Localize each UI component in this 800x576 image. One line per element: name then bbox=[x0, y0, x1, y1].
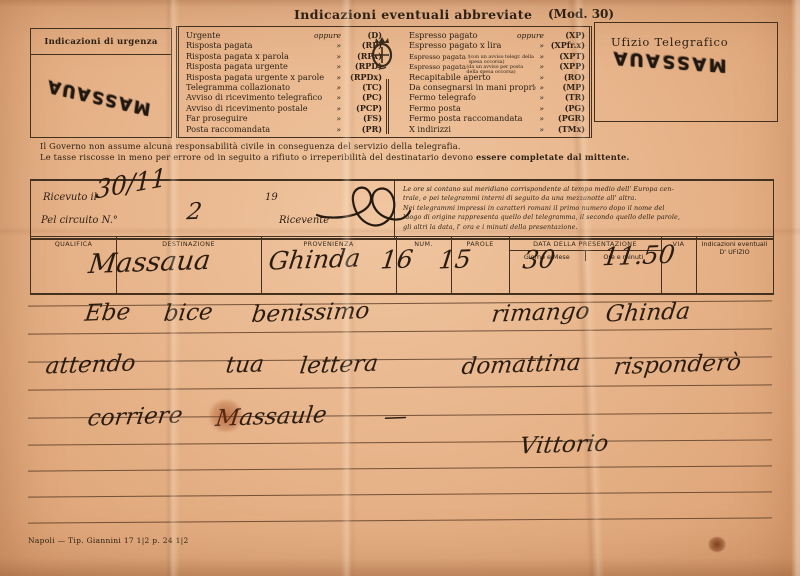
royal-crest-icon bbox=[369, 35, 395, 73]
form-model-number: (Mod. 30) bbox=[548, 7, 614, 21]
ruled-line bbox=[28, 517, 772, 523]
form-title: Indicazioni eventuali abbreviate bbox=[294, 7, 532, 22]
telegram-document-scan: Indicazioni eventuali abbreviate (Mod. 3… bbox=[0, 0, 800, 576]
urgency-box-title: Indicazioni di urgenza bbox=[37, 37, 165, 47]
divider bbox=[31, 54, 171, 55]
abbrev-row: Da consegnarsi in mani proprie»(MP) bbox=[409, 82, 585, 92]
abbrev-row: Espresso pagata telegrafo(con un avviso … bbox=[409, 51, 585, 61]
ruled-line bbox=[28, 439, 772, 445]
message-word: tua bbox=[224, 351, 265, 378]
abbrev-row: Fermo posta raccomandata»(PGR) bbox=[409, 113, 585, 123]
abbrev-row: Posta raccomandata»(PR) bbox=[186, 124, 382, 134]
massaua-postmark-stamp: MASSAUA bbox=[45, 75, 152, 119]
notice-line-1: Il Governo non assume alcuna responsabil… bbox=[40, 141, 630, 152]
sender-signature: Vittorio bbox=[518, 430, 610, 459]
telegraph-office-box: Ufizio Telegrafico MASSAUA bbox=[594, 22, 778, 122]
ruled-line bbox=[28, 328, 772, 334]
column-divider bbox=[386, 79, 389, 134]
message-word: benissimo bbox=[250, 298, 371, 328]
abbrev-row: Espresso pagatooppure(XP) bbox=[409, 30, 585, 40]
telegram-routing-table: QUALIFICA DESTINAZIONE PROVENIENZA NUM. … bbox=[30, 236, 774, 295]
abbrev-row: Risposta pagata»(RP) bbox=[186, 40, 382, 50]
abbrev-row: Risposta pagata x parola»(RPx) bbox=[186, 51, 382, 61]
abbrev-row: Risposta pagata urgente»(RPD) bbox=[186, 61, 382, 71]
message-word: attendo bbox=[44, 350, 137, 379]
abbrev-row: Fermo posta»(PG) bbox=[409, 103, 585, 113]
printer-imprint: Napoli — Tip. Giannini 17 1|2 p. 24 1|2 bbox=[28, 536, 189, 545]
handwritten-word-count: 15 bbox=[437, 244, 473, 274]
received-section: Ricevuto il 30/11 19 Pel circuito N.° 2 … bbox=[30, 179, 774, 240]
message-word: risponderò bbox=[612, 350, 743, 380]
message-word: Ghinda bbox=[604, 299, 691, 328]
message-word: domattina bbox=[460, 350, 582, 380]
urgency-indications-box: Indicazioni di urgenza MASSAUA bbox=[30, 28, 172, 138]
notice-line-2: Le tasse riscosse in meno per errore od … bbox=[40, 152, 630, 163]
abbreviations-left-column: Urgenteoppure(D) Risposta pagata»(RP) Ri… bbox=[186, 30, 382, 134]
circuit-number-label: Pel circuito N.° bbox=[41, 215, 118, 226]
abbrev-row: Avviso di ricevimento telegrafico»(PC) bbox=[186, 92, 382, 102]
receiver-signature-flourish bbox=[313, 181, 413, 235]
office-box-title: Ufizio Telegrafico bbox=[611, 35, 728, 49]
handwritten-time: 11.50 bbox=[601, 240, 677, 271]
abbrev-row: Risposta pagata urgente x parole»(RPDx) bbox=[186, 72, 382, 82]
ink-stain bbox=[208, 400, 244, 432]
abbrev-row: Telegramma collazionato»(TC) bbox=[186, 82, 382, 92]
abbrev-row: Urgenteoppure(D) bbox=[186, 30, 382, 40]
abbrev-row: Avviso di ricevimento postale»(PCP) bbox=[186, 103, 382, 113]
handwritten-origin: Ghinda bbox=[267, 243, 362, 275]
message-word: Ebe bbox=[83, 299, 132, 327]
abbrev-row: Far proseguire»(FS) bbox=[186, 113, 382, 123]
message-word: rimango bbox=[490, 298, 591, 327]
handwritten-number: 16 bbox=[379, 244, 415, 274]
ruled-line bbox=[28, 491, 772, 497]
handwritten-destination: Massaua bbox=[87, 245, 212, 280]
column-indicazioni-ufizio: Indicazioni eventualiD' UFIZIO bbox=[696, 237, 773, 293]
message-word: bice bbox=[162, 299, 214, 327]
massaua-postmark-stamp: MASSAUA bbox=[611, 47, 727, 76]
abbrev-row: Espresso pagato x lira»(XPfr.x) bbox=[409, 40, 585, 50]
message-word: corriere bbox=[86, 402, 184, 431]
time-reckoning-note: Le ore si contano sul meridiano corrispo… bbox=[403, 185, 765, 232]
abbrev-row: X indirizzi»(TMx) bbox=[409, 124, 585, 134]
ruled-line bbox=[28, 465, 772, 471]
legal-notice: Il Governo non assume alcuna responsabil… bbox=[40, 141, 630, 163]
abbreviations-table: Urgenteoppure(D) Risposta pagata»(RP) Ri… bbox=[176, 26, 592, 138]
received-date-label: Ricevuto il bbox=[43, 192, 97, 203]
ruled-line bbox=[28, 384, 772, 390]
year-prefix: 19 bbox=[265, 192, 278, 203]
handwritten-circuit-number: 2 bbox=[185, 199, 203, 225]
abbrev-row: Fermo telegrafo»(TR) bbox=[409, 92, 585, 102]
message-word: lettera bbox=[298, 351, 379, 380]
message-word: — bbox=[382, 404, 408, 431]
handwritten-received-date: 30/11 bbox=[95, 162, 167, 204]
abbreviations-right-column: Espresso pagatooppure(XP) Espresso pagat… bbox=[409, 30, 585, 134]
handwritten-day-month: 30 bbox=[521, 244, 557, 274]
paper-stain bbox=[708, 537, 726, 552]
